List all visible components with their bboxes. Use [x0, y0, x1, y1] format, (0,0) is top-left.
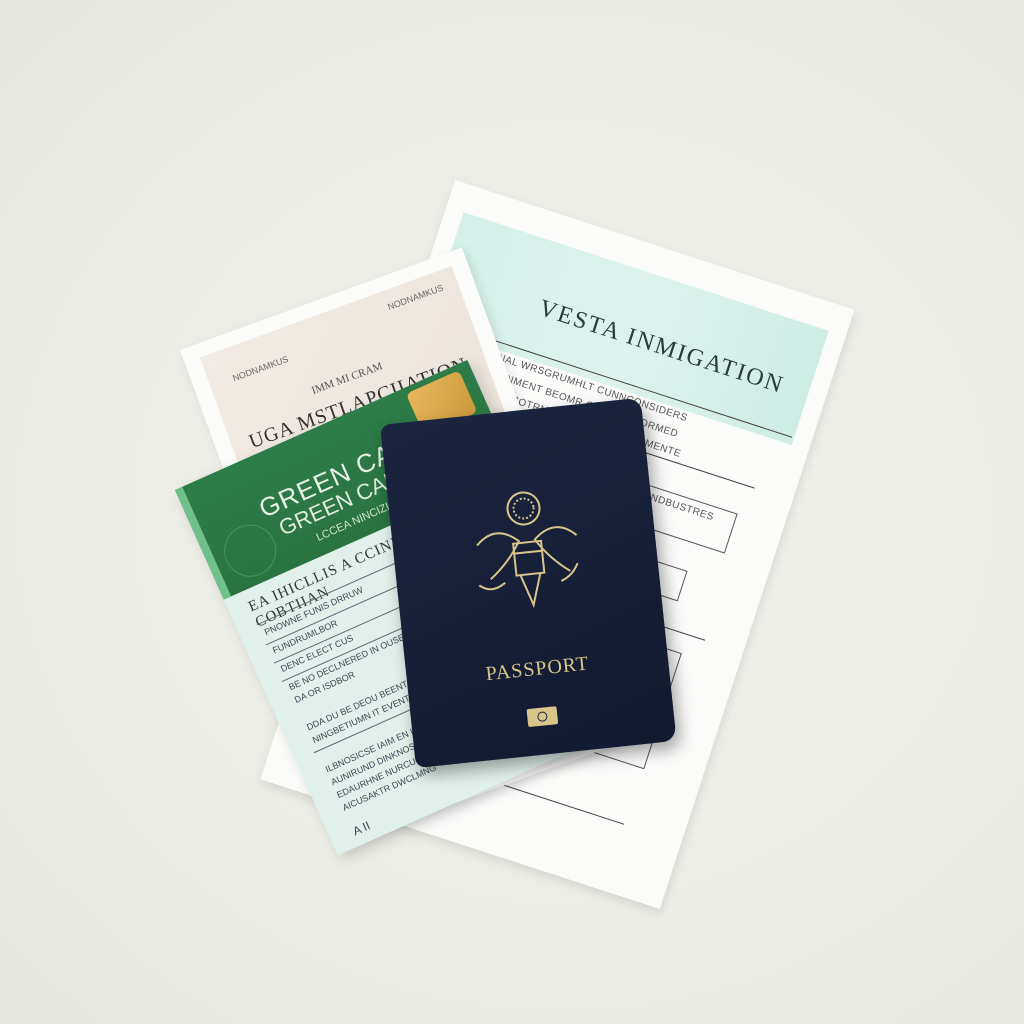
footer-text: A II [351, 819, 373, 839]
eagle-seal-icon [451, 473, 605, 627]
tabletop-background: VESTA INMIGATION RMNHGUHNAL WRSGRUMHLT C… [0, 0, 1024, 1024]
passport-booklet: PASSPORT [380, 398, 677, 768]
passport-label: PASSPORT [406, 644, 669, 694]
biometric-chip-icon [527, 706, 559, 727]
